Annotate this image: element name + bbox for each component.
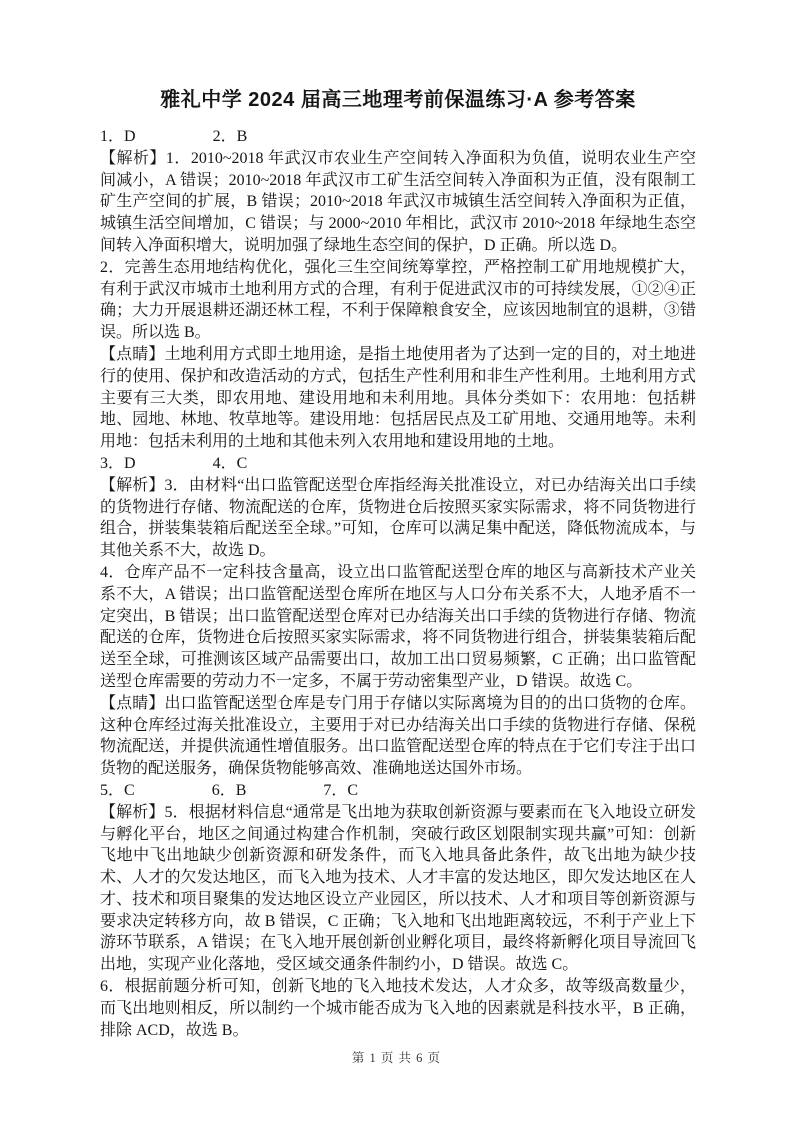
answer-key-row: 5．C6．B7．C — [100, 780, 696, 802]
page-title: 雅礼中学 2024 届高三地理考前保温练习·A 参考答案 — [100, 88, 696, 112]
answer-item: 1．D — [100, 126, 136, 148]
page-number-footer: 第 1 页 共 6 页 — [0, 1048, 793, 1066]
answer-item: 6．B — [212, 780, 247, 802]
answer-item: 3．D — [100, 453, 136, 475]
answer-item: 4．C — [213, 453, 248, 475]
explanation-paragraph: 4．仓库产品不一定科技含量高，设立出口监管配送型仓库的地区与高新技术产业关系不大… — [100, 562, 696, 693]
document-body: 1．D2．B【解析】1．2010~2018 年武汉市农业生产空间转入净面积为负值… — [100, 126, 696, 1041]
answer-item: 2．B — [213, 126, 248, 148]
explanation-paragraph: 【点睛】土地利用方式即土地用途，是指土地使用者为了达到一定的目的，对土地进行的使… — [100, 344, 696, 453]
explanation-paragraph: 2．完善生态用地结构优化，强化三生空间统筹掌控，严格控制工矿用地规模扩大，有利于… — [100, 257, 696, 344]
explanation-paragraph: 【解析】3．由材料“出口监管配送型仓库指经海关批准设立，对已办结海关出口手续的货… — [100, 475, 696, 562]
explanation-paragraph: 【解析】5．根据材料信息“通常是飞出地为获取创新资源与要素而在飞入地设立研发与孵… — [100, 802, 696, 976]
document-page: 雅礼中学 2024 届高三地理考前保温练习·A 参考答案 1．D2．B【解析】1… — [0, 0, 793, 1122]
explanation-paragraph: 【点睛】出口监管配送型仓库是专门用于存储以实际离境为目的的出口货物的仓库。这种仓… — [100, 693, 696, 780]
answer-item: 5．C — [100, 780, 135, 802]
answer-key-row: 1．D2．B — [100, 126, 696, 148]
answer-item: 7．C — [323, 780, 358, 802]
answer-key-row: 3．D4．C — [100, 453, 696, 475]
document-content: 雅礼中学 2024 届高三地理考前保温练习·A 参考答案 1．D2．B【解析】1… — [100, 88, 696, 1041]
explanation-paragraph: 【解析】1．2010~2018 年武汉市农业生产空间转入净面积为负值，说明农业生… — [100, 148, 696, 257]
explanation-paragraph: 6．根据前题分析可知，创新飞地的飞入地技术发达，人才众多，故等级高数量少，而飞出… — [100, 976, 696, 1041]
